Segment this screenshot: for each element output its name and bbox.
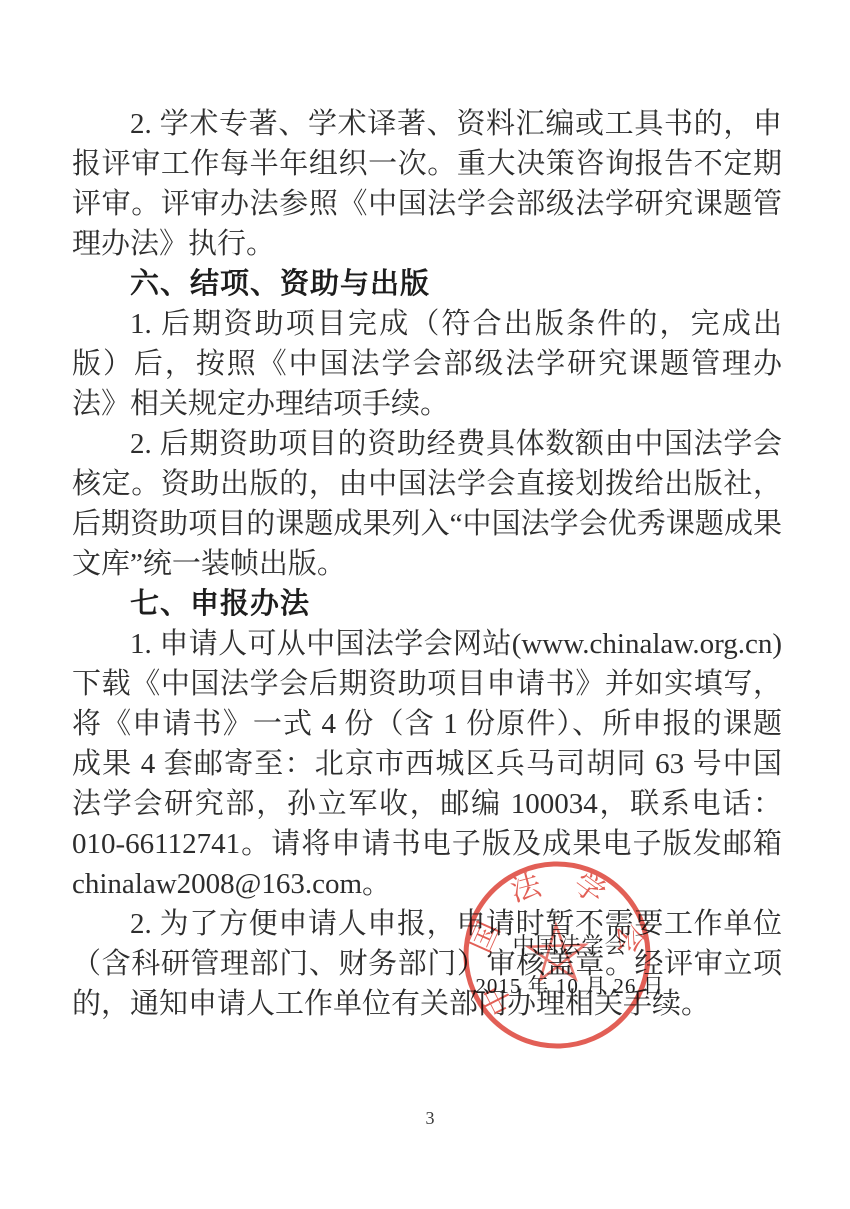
paragraph-application-how: 1. 申请人可从中国法学会网站(www.chinalaw.org.cn)下载《中… [72,624,782,904]
paragraph-review-cycle: 2. 学术专著、学术译著、资料汇编或工具书的，申报评审工作每半年组织一次。重大决… [72,104,782,264]
signature-org: 中国法学会 [425,926,715,966]
section-heading-application: 七、申报办法 [72,584,782,624]
page-number: 3 [415,1108,445,1129]
paragraph-funding-amount: 2. 后期资助项目的资助经费具体数额由中国法学会核定。资助出版的，由中国法学会直… [72,424,782,584]
section-heading-completion: 六、结项、资助与出版 [72,264,782,304]
document-body: 2. 学术专著、学术译著、资料汇编或工具书的，申报评审工作每半年组织一次。重大决… [72,104,782,1024]
paragraph-completion-proc: 1. 后期资助项目完成（符合出版条件的，完成出版）后，按照《中国法学会部级法学研… [72,304,782,424]
signature-block: 中国法学会 2015 年 10 月 26 日 [425,926,715,1006]
signature-date: 2015 年 10 月 26 日 [425,966,715,1006]
